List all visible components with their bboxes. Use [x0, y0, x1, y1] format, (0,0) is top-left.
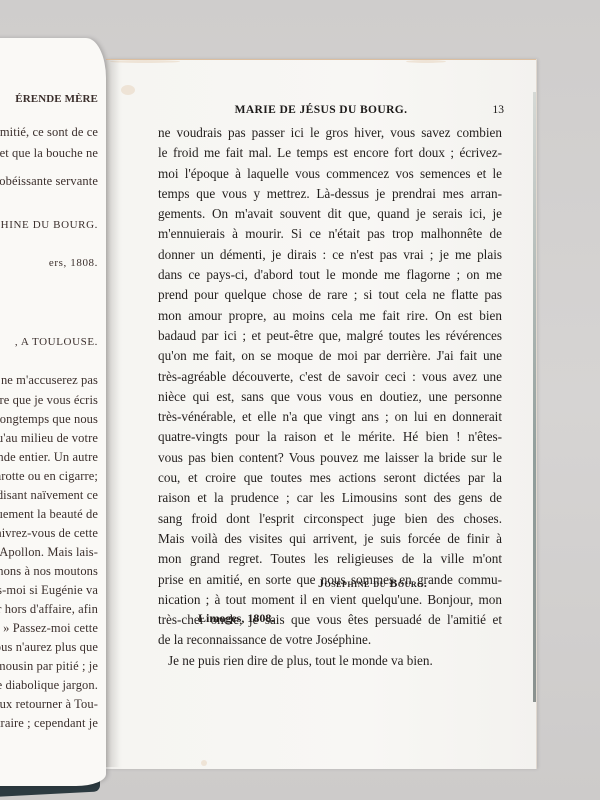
left-text-line: ices, enivrez-vous de cette [0, 526, 98, 541]
left-text-line: , A TOULOUSE. [15, 336, 98, 348]
left-text-line: rendre et que la bouche ne [0, 146, 98, 161]
text-line: mon amour propre, au moins cela me fait … [158, 306, 502, 326]
left-text-line: avoir hors d'affaire, afin [0, 602, 98, 617]
spine-shadow [106, 60, 120, 767]
text-line: prend pour quelque chose de rare ; si to… [158, 285, 502, 305]
foxing-stain [201, 760, 207, 766]
left-text-line: poétiquement la beauté de [0, 507, 98, 522]
text-line: sang froid dont l'esprit circonspect jug… [158, 509, 502, 529]
left-text-line: revenons à nos moutons [0, 564, 98, 579]
foxing-stain [121, 85, 135, 95]
left-page: ÉRENDE MÈREon amitié, ce sont de cerendr… [0, 38, 106, 786]
text-line: raison et la prudence ; car les Limousin… [158, 488, 502, 508]
left-text-line: le monde entier. Un autre [0, 450, 98, 465]
text-line: badaud par ici ; et peut-être que, malgr… [158, 326, 502, 346]
left-page-text: ÉRENDE MÈREon amitié, ce sont de cerendr… [0, 38, 106, 786]
left-text-line: e vous ne m'accuserez pas [0, 373, 98, 388]
left-text-line: OPUS » Passez-moi cette [0, 621, 98, 636]
text-line: qu'on me fait, on se moque de moi par de… [158, 346, 502, 366]
left-text-line: u contraire ; cependant je [0, 716, 98, 731]
text-line: ne voudrais pas passer ici le gros hiver… [158, 123, 502, 143]
foxing-stain [406, 60, 446, 63]
left-text-line: ÉRENDE MÈRE [15, 93, 98, 105]
text-line: donner un démenti, je dirais : ce n'est … [158, 245, 502, 265]
text-line: temps que vous y mettrez. Là-dessus je p… [158, 184, 502, 204]
text-line: nièce qui est, sans que vous vous en dou… [158, 387, 502, 407]
left-text-line: lieu d'Apollon. Mais lais- [0, 545, 98, 560]
left-text-line: n me disant naïvement ce [0, 488, 98, 503]
left-text-line: dit, qu'au milieu de votre [0, 431, 98, 446]
text-line: de la reconnaissance de votre Joséphine. [158, 630, 502, 650]
text-line: très-agréable découverte, c'est de savoi… [158, 367, 502, 387]
left-text-line: du limousin par pitié ; je [0, 659, 98, 674]
left-text-line: ers, 1808. [49, 257, 98, 269]
text-line: nication ; à tout moment il en vient que… [158, 590, 502, 610]
page-number: 13 [493, 104, 505, 116]
left-text-line: on amitié, ce sont de ce [0, 125, 98, 140]
right-page: MARIE DE JÉSUS DU BOURG. 13 ne voudrais … [106, 59, 536, 769]
left-text-line: é en carotte ou en cigarre; [0, 469, 98, 484]
left-text-line: de ce diabolique jargon. [0, 678, 98, 693]
text-line: mon grand regret. Toutes les religieuses… [158, 549, 502, 569]
left-text-line: us, vous n'aurez plus que [0, 640, 98, 655]
text-line: moi l'époque à laquelle vous commencez v… [158, 164, 502, 184]
text-line: Mais voilà des visites qui arrivent, je … [158, 529, 502, 549]
text-line: très-vénérable, et elle n'a que vingt an… [158, 407, 502, 427]
left-text-line: je veux retourner à Tou- [0, 697, 98, 712]
left-text-line: , Dites-moi si Eugénie va [0, 583, 98, 598]
text-line: cou, et croire que toutes mes actions se… [158, 468, 502, 488]
foxing-stain [110, 60, 180, 63]
text-line: vous pas bien content? Vous pouvez me la… [158, 448, 502, 468]
signature: Joséphine du Bourg. [318, 576, 427, 591]
left-text-line: umble, obéissante servante [0, 174, 98, 189]
page-edge-stack [533, 92, 536, 702]
left-text-line: ÉPHINE DU BOURG. [0, 219, 98, 231]
place-date: Limoges, 1808. [198, 611, 274, 626]
closing-line: Je ne puis rien dire de plus, tout le mo… [158, 651, 502, 671]
running-head: MARIE DE JÉSUS DU BOURG. [106, 104, 536, 116]
text-line: le froid me fait mal. Le temps est encor… [158, 143, 502, 163]
text-line: m'ennuierais à mourir. Si ce n'était pas… [158, 224, 502, 244]
left-text-line: 'il y a longtemps que nous [0, 412, 98, 427]
left-text-line: ne lettre que je vous écris [0, 393, 98, 408]
text-line: dans ce pays-ci, d'abord tout le monde m… [158, 265, 502, 285]
text-line: gements. On m'avait souvent dit que, qua… [158, 204, 502, 224]
text-line: quatre-vingts pour la raison et le mérit… [158, 427, 502, 447]
